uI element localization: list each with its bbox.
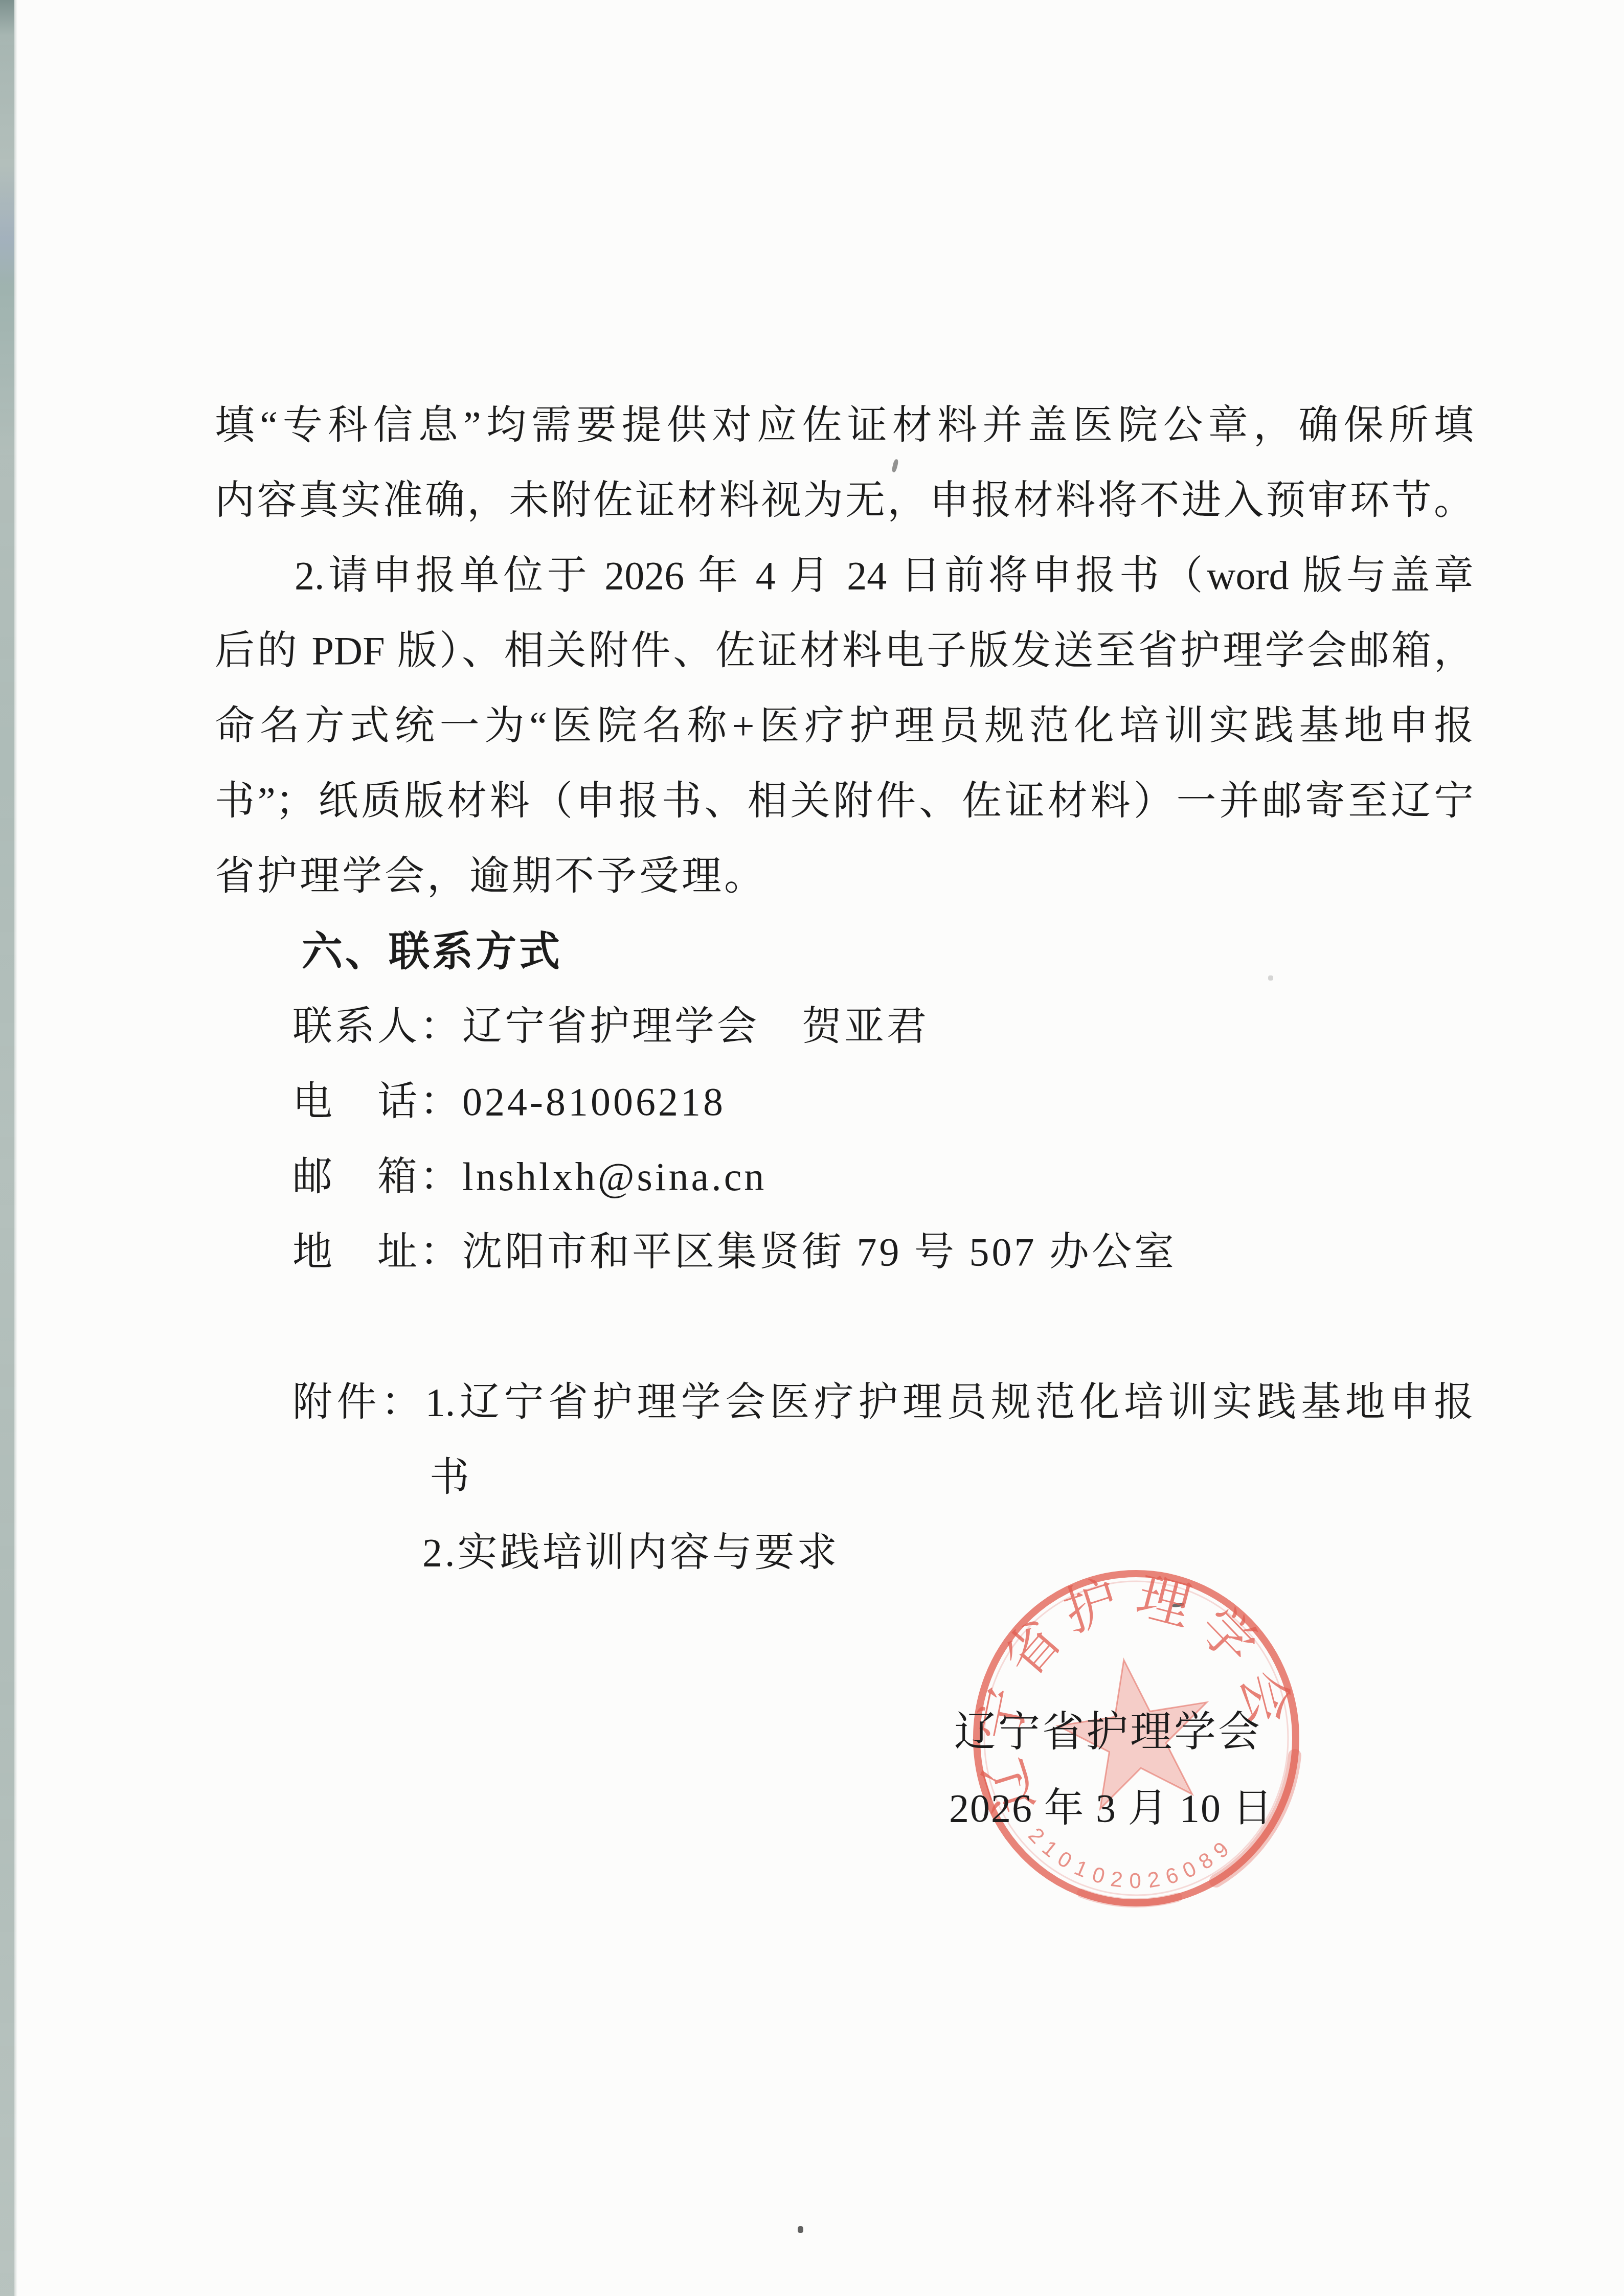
attachments-line: 2.实践培训内容与要求 [215, 1515, 1474, 1590]
body-line: 2.请申报单位于 2026 年 4 月 24 日前将申报书（word 版与盖章 [215, 538, 1474, 613]
contact-value: lnshlxh@sina.cn [462, 1154, 766, 1199]
signature-organization: 辽宁省护理学会 [954, 1698, 1262, 1758]
contact-row: 地 址：沈阳市和平区集贤街 79 号 507 办公室 [215, 1214, 1474, 1289]
body-line: 书”；纸质版材料（申报书、相关附件、佐证材料）一并邮寄至辽宁 [215, 763, 1474, 838]
seal-smudge [1081, 1893, 1178, 1903]
scan-speck [1172, 1602, 1185, 1607]
body-line: 命名方式统一为“医院名称+医疗护理员规范化培训实践基地申报 [215, 688, 1474, 763]
body-line: 内容真实准确，未附佐证材料视为无，申报材料将不进入预审环节。 [215, 463, 1474, 538]
attachments-line: 书 [215, 1440, 1474, 1515]
contact-label: 联系人： [292, 1004, 462, 1049]
scan-speck [1268, 975, 1273, 981]
body-line: 填“专科信息”均需要提供对应佐证材料并盖医院公章，确保所填 [215, 388, 1474, 463]
signature-date: 2026 年 3 月 10 日 [949, 1776, 1274, 1833]
body-line: 省护理学会，逾期不予受理。 [215, 838, 1474, 914]
contact-label: 地 址： [292, 1230, 462, 1274]
contact-value: 沈阳市和平区集贤街 79 号 507 办公室 [462, 1230, 1177, 1274]
document-body: 填“专科信息”均需要提供对应佐证材料并盖医院公章，确保所填 内容真实准确，未附佐… [215, 388, 1474, 1590]
section-heading: 六、联系方式 [215, 914, 1474, 989]
blank-line [215, 1289, 1474, 1365]
contact-value: 024-81006218 [462, 1079, 726, 1124]
scanned-document-page: 填“专科信息”均需要提供对应佐证材料并盖医院公章，确保所填 内容真实准确，未附佐… [0, 0, 1624, 2296]
seal-number: 210102026089 [1024, 1823, 1239, 1893]
scan-speck [798, 2226, 803, 2233]
contact-label: 电 话： [292, 1079, 462, 1124]
contact-value: 辽宁省护理学会 贺亚君 [462, 1004, 929, 1049]
contact-label: 邮 箱： [292, 1154, 462, 1199]
contact-row: 邮 箱：lnshlxh@sina.cn [215, 1139, 1474, 1214]
scan-edge-artifact [0, 0, 14, 2296]
contact-row: 联系人：辽宁省护理学会 贺亚君 [215, 989, 1474, 1064]
body-line: 后的 PDF 版）、相关附件、佐证材料电子版发送至省护理学会邮箱， [215, 613, 1474, 688]
contact-row: 电 话：024-81006218 [215, 1064, 1474, 1139]
attachments-line: 附件：1.辽宁省护理学会医疗护理员规范化培训实践基地申报 [215, 1365, 1474, 1440]
